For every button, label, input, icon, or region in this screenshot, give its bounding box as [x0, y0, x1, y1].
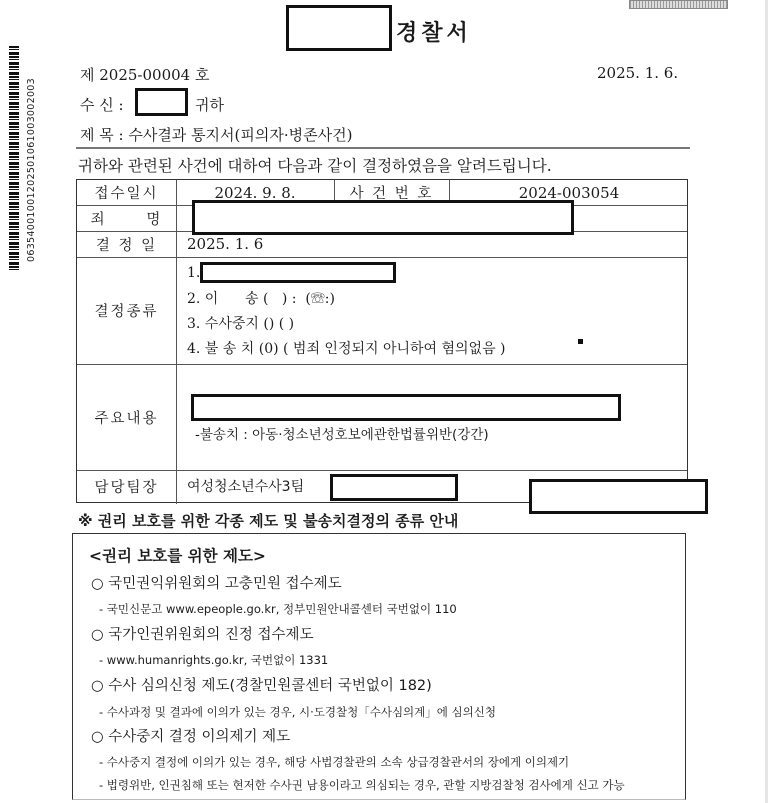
barcode-number: 06354001001202501061003002003 — [26, 78, 37, 262]
rights-item-4-detail-2: - 법령위반, 인권침해 또는 현저한 수사권 남용이라고 의심되는 경우, 관… — [99, 777, 625, 793]
intro-text: 귀하와 관련된 사건에 대하여 다음과 같이 결정하였음을 알려드립니다. — [78, 154, 552, 176]
header-divider — [76, 147, 690, 149]
rights-item-4-detail-1: - 수사중지 결정에 이의가 있는 경우, 해당 사법경찰관의 소속 상급경찰관… — [99, 754, 569, 770]
summary-line: -불송치 : 아동·청소년성호보에관한법률위반(강간) — [195, 422, 489, 444]
redacted-decision-item-1 — [200, 262, 396, 283]
team-value: 여성청소년수사3팀 — [187, 470, 304, 502]
document-stamp — [629, 0, 728, 9]
rights-protection-box: <권리 보호를 위한 제도> ○ 국민권익위원회의 고충민원 접수제도 - 국민… — [72, 533, 686, 800]
subject-line: 제 목 : 수사결과 통지서(피의자·병존사건) — [80, 124, 352, 145]
redacted-station-name — [286, 5, 392, 51]
rights-item-1-detail: - 국민신문고 www.epeople.go.kr, 정부민원안내콜센터 국번없… — [99, 601, 457, 617]
document-number: 제 2025-00004 호 — [80, 64, 209, 85]
received-date-label: 접수일시 — [77, 180, 176, 205]
recipient-suffix: 귀하 — [195, 94, 224, 115]
decision-item-2: 2. 이 송 ( ) : (☏:) — [187, 286, 335, 310]
mark-dot — [578, 339, 583, 344]
recipient-label: 수 신 : — [80, 94, 124, 115]
document-date: 2025. 1. 6. — [597, 64, 678, 82]
redacted-team-leader — [330, 474, 458, 501]
rights-item-3: ○ 수사 심의신청 제도(경찰민원콜센터 국번없이 182) — [91, 674, 432, 695]
barcode — [9, 46, 19, 270]
rights-item-4: ○ 수사중지 결정 이의제기 제도 — [91, 725, 290, 746]
decision-item-1: 1. — [187, 261, 200, 285]
summary-label: 주요내용 — [77, 364, 176, 470]
agency-title: 경찰서 — [396, 16, 472, 47]
decision-item-4: 4. 불 송 치 (0) ( 범죄 인정되지 아니하여 혐의없음 ) — [187, 336, 506, 360]
rights-item-2: ○ 국가인권위원회의 진정 접수제도 — [91, 623, 314, 644]
charge-label: 죄 명 — [77, 205, 176, 231]
redacted-charge — [192, 200, 574, 235]
rights-box-title: <권리 보호를 위한 제도> — [89, 544, 266, 566]
decision-type-label: 결정종류 — [77, 257, 176, 364]
decision-item-3: 3. 수사중지 () ( ) — [187, 311, 294, 335]
redacted-signature — [529, 479, 708, 514]
rights-item-2-detail: - www.humanrights.go.kr, 국번없이 1331 — [99, 652, 328, 668]
rights-item-1: ○ 국민권익위원회의 고충민원 접수제도 — [91, 572, 342, 593]
rights-item-3-detail: - 수사과정 및 결과에 이의가 있는 경우, 시·도경찰청「수사심의계」에 심… — [99, 704, 496, 720]
redacted-recipient — [135, 88, 188, 116]
notice-heading: ※ 권리 보호를 위한 각종 제도 및 불송치결정의 종류 안내 — [78, 510, 458, 531]
team-label: 담당팀장 — [77, 470, 176, 502]
decision-date-label: 결 정 일 — [77, 231, 176, 257]
redacted-summary — [191, 394, 621, 421]
